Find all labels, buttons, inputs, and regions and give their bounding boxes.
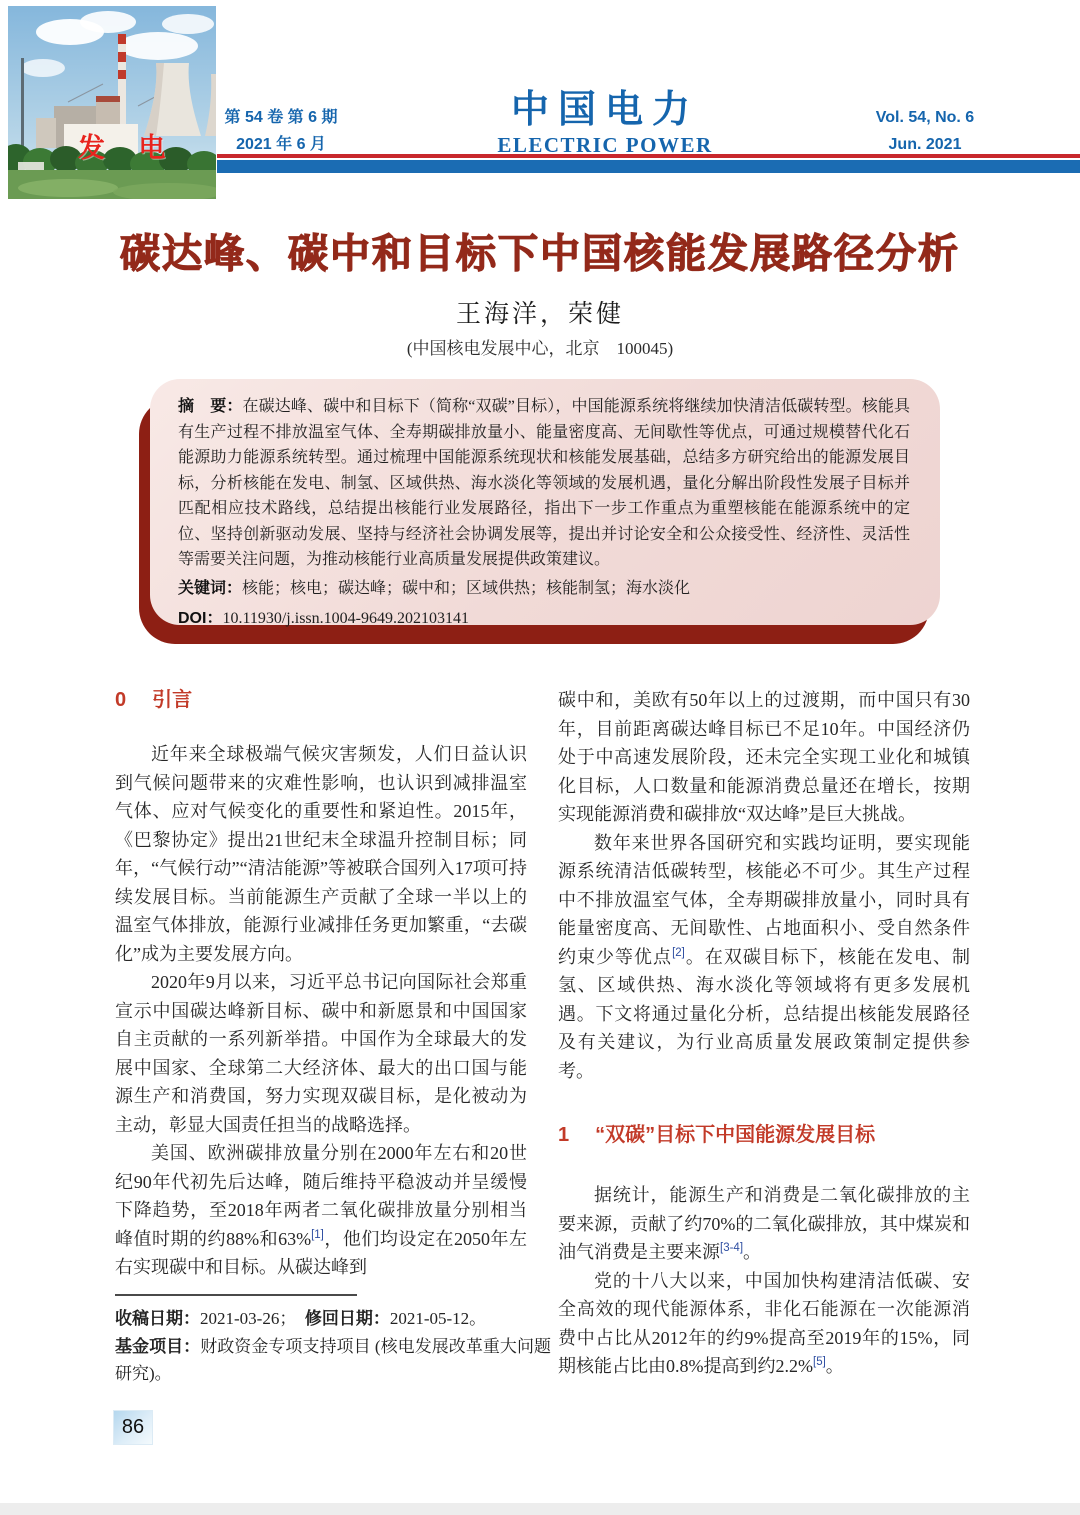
abstract-paragraph: 摘 要：在碳达峰、碳中和目标下（简称“双碳”目标），中国能源系统将继续加快清洁低…: [178, 394, 910, 573]
doi-line: DOI：10.11930/j.issn.1004-9649.202103141: [178, 606, 910, 632]
article-affiliation: (中国核电发展中心，北京 100045): [0, 334, 1080, 359]
paragraph-text: 。: [826, 1356, 844, 1376]
left-column: 0引言 近年来全球极端气候灾害频发，人们日益认识到气候问题带来的灾难性影响，也认…: [115, 686, 527, 1381]
abstract-card: 摘 要：在碳达峰、碳中和目标下（简称“双碳”目标），中国能源系统将继续加快清洁低…: [150, 379, 940, 625]
received-date-label: 收稿日期：: [115, 1309, 200, 1328]
paragraph: 2020年9月以来，习近平总书记向国际社会郑重宣示中国碳达峰新目标、碳中和新愿景…: [115, 968, 527, 1139]
revised-date-value: 2021-05-12。: [390, 1309, 486, 1328]
paragraph: 近年来全球极端气候灾害频发，人们日益认识到气候问题带来的灾难性影响，也认识到减排…: [115, 740, 527, 968]
doi-label: DOI：: [178, 610, 222, 627]
power-plant-illustration: [8, 6, 216, 199]
section-0-number: 0: [115, 689, 126, 711]
journal-page: 发 电 第 54 卷 第 6 期 2021 年 6 月 中国电力 ELECTRI…: [0, 0, 1080, 1515]
volume-issue-en-block: Vol. 54, No. 6 Jun. 2021: [858, 104, 992, 158]
paragraph: 数年来世界各国研究和实践均证明，要实现能源系统清洁低碳转型，核能必不可少。其生产…: [558, 829, 970, 1086]
abstract-box: 摘 要：在碳达峰、碳中和目标下（简称“双碳”目标），中国能源系统将继续加快清洁低…: [150, 379, 940, 625]
power-plant-photo: 发 电: [8, 6, 216, 199]
citation-ref-1: [1]: [311, 1229, 324, 1241]
footnote-dates-line: 收稿日期：2021-03-26； 修回日期：2021-05-12。: [115, 1305, 551, 1333]
body-columns: 0引言 近年来全球极端气候灾害频发，人们日益认识到气候问题带来的灾难性影响，也认…: [115, 686, 970, 1381]
paragraph-text: 。: [743, 1242, 761, 1262]
keywords-line: 关键词：核能；核电；碳达峰；碳中和；区域供热；核能制氢；海水淡化: [178, 576, 910, 602]
page-number-badge: 86: [113, 1410, 153, 1445]
paragraph-text: 党的十八大以来，中国加快构建清洁低碳、安全高效的现代能源体系，非化石能源在一次能…: [558, 1271, 970, 1377]
journal-title-cn: 中国电力: [310, 90, 900, 130]
section-1-number: 1: [558, 1124, 569, 1146]
citation-ref-5: [5]: [813, 1356, 826, 1368]
paragraph: 据统计，能源生产和消费是二氧化碳排放的主要来源，贡献了约70%的二氧化碳排放，其…: [558, 1181, 970, 1267]
revised-date-label: 修回日期：: [305, 1309, 390, 1328]
fund-label: 基金项目：: [115, 1337, 200, 1356]
abstract-label: 摘 要：: [178, 398, 243, 415]
paragraph: 碳中和，美欧有50年以上的过渡期，而中国只有30年，目前距离碳达峰目标已不足10…: [558, 686, 970, 829]
section-0-title: 引言: [152, 689, 192, 711]
keywords-label: 关键词：: [178, 580, 242, 597]
article-authors: 王海洋，荣健: [0, 294, 1080, 330]
keywords-text: 核能；核电；碳达峰；碳中和；区域供热；核能制氢；海水淡化: [242, 580, 690, 597]
paragraph: 美国、欧洲碳排放量分别在2000年左右和20世纪90年代初先后达峰，随后维持平稳…: [115, 1139, 527, 1282]
doi-value: 10.11930/j.issn.1004-9649.202103141: [222, 610, 469, 627]
paragraph: 党的十八大以来，中国加快构建清洁低碳、安全高效的现代能源体系，非化石能源在一次能…: [558, 1267, 970, 1381]
citation-ref-3-4: [3-4]: [720, 1242, 743, 1254]
page-bottom-edge: [0, 1503, 1080, 1515]
journal-title-block: 中国电力 ELECTRIC POWER: [310, 90, 900, 158]
abstract-text: 在碳达峰、碳中和目标下（简称“双碳”目标），中国能源系统将继续加快清洁低碳转型。…: [178, 398, 910, 568]
volume-issue-en: Vol. 54, No. 6: [858, 104, 992, 131]
right-column: 碳中和，美欧有50年以上的过渡期，而中国只有30年，目前距离碳达峰目标已不足10…: [558, 686, 970, 1381]
received-date-value: 2021-03-26；: [200, 1309, 305, 1328]
header-rule-blue: [217, 160, 1080, 173]
footnote-fund-line: 基金项目：财政资金专项支持项目 (核电发展改革重大问题研究)。: [115, 1333, 551, 1388]
citation-ref-2: [2]: [672, 947, 685, 959]
footnote-divider: [115, 1294, 357, 1296]
section-1-title: “双碳”目标下中国能源发展目标: [595, 1124, 875, 1146]
section-0-heading: 0引言: [115, 686, 527, 714]
section-1-heading: 1“双碳”目标下中国能源发展目标: [558, 1121, 970, 1149]
header-rule-red: [217, 154, 1080, 158]
article-title: 碳达峰、碳中和目标下中国核能发展路径分析: [0, 222, 1080, 279]
photo-caption: 发 电: [78, 126, 179, 165]
paragraph-text: 据统计，能源生产和消费是二氧化碳排放的主要来源，贡献了约70%的二氧化碳排放，其…: [558, 1185, 970, 1262]
footnote-block: 收稿日期：2021-03-26； 修回日期：2021-05-12。 基金项目：财…: [115, 1294, 551, 1388]
